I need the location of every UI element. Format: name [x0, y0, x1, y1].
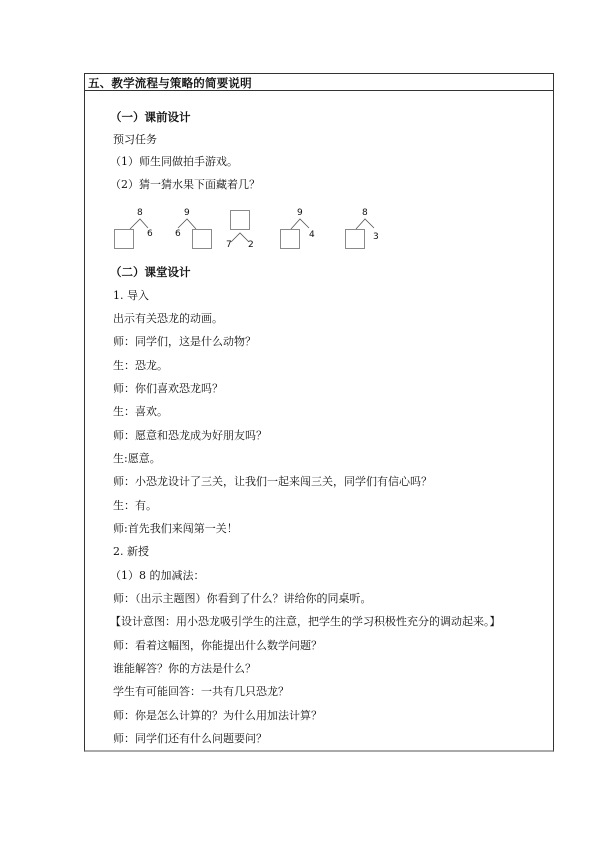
bond-3-left: 7 [226, 241, 232, 250]
step-new-lesson-label: 2. 新授 [113, 545, 149, 559]
section-title: 五、教学流程与策略的简要说明 [88, 75, 252, 91]
dialogue-line: 师：你们喜欢恐龙吗？ [113, 382, 223, 396]
bond-3-top-answer-box[interactable] [230, 210, 250, 230]
preview-task-label: 预习任务 [113, 133, 157, 147]
step-intro-label: 1. 导入 [113, 289, 149, 303]
bond-4-top: 9 [297, 209, 303, 218]
dialogue-line: 师：你是怎么计算的？为什么用加法计算？ [113, 709, 322, 723]
bond-2-left: 6 [175, 230, 181, 239]
dialogue-line: 师：愿意和恐龙成为好朋友吗？ [113, 429, 267, 443]
dialogue-line: 生：喜欢。 [113, 405, 168, 419]
dialogue-line: 出示有关恐龙的动画。 [113, 312, 223, 326]
dialogue-line: 谁能解答？你的方法是什么？ [113, 662, 256, 676]
design-intent-note: 【设计意图：用小恐龙吸引学生的注意，把学生的学习积极性充分的调动起来。】 [110, 615, 501, 629]
dialogue-line: 生:愿意。 [113, 452, 161, 466]
in-class-heading: （二）课堂设计 [110, 265, 191, 279]
bond-2-top: 9 [184, 209, 190, 218]
bond-1-left-answer-box[interactable] [114, 229, 134, 249]
dialogue-line: 生：恐龙。 [113, 359, 168, 373]
number-bond-diagrams: 8 6 9 6 7 2 9 4 8 3 [110, 200, 410, 256]
bond-5-left-answer-box[interactable] [345, 229, 365, 249]
bond-1-right: 6 [147, 230, 153, 239]
pre-class-heading: （一）课前设计 [110, 110, 191, 124]
dialogue-line: 师：（出示主题图）你看到了什么？讲给你的同桌听。 [113, 592, 372, 606]
subsection-label: （1）8 的加减法： [110, 569, 205, 583]
bond-4-right: 4 [309, 231, 315, 240]
bond-4-left-answer-box[interactable] [280, 229, 300, 249]
bond-5-right: 3 [373, 233, 379, 242]
pre-class-item: （2）猜一猜水果下面藏着几？ [110, 178, 260, 192]
bond-3-right: 2 [248, 241, 254, 250]
dialogue-line: 生：有。 [113, 499, 157, 513]
bond-5-top: 8 [362, 209, 368, 218]
pre-class-item: （1）师生同做拍手游戏。 [110, 155, 238, 169]
dialogue-line: 师：看着这幅图，你能提出什么数学问题？ [113, 639, 322, 653]
dialogue-line: 师：小恐龙设计了三关，让我们一起来闯三关，同学们有信心吗？ [113, 475, 432, 489]
dialogue-line: 学生有可能回答：一共有几只恐龙？ [113, 685, 289, 699]
dialogue-line: 师:首先我们来闯第一关！ [113, 522, 238, 536]
dialogue-line: 师：同学们还有什么问题要问？ [113, 732, 267, 746]
bond-1-top: 8 [137, 209, 143, 218]
section-header-cell: 五、教学流程与策略的简要说明 [85, 74, 553, 91]
bond-2-right-answer-box[interactable] [192, 229, 212, 249]
dialogue-line: 师：同学们，这是什么动物？ [113, 335, 256, 349]
